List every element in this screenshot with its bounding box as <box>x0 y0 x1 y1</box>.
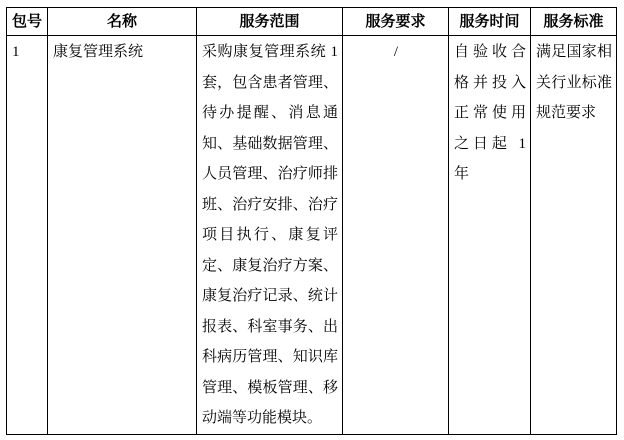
table-header-row: 包号 名称 服务范围 服务要求 服务时间 服务标准 <box>7 8 617 36</box>
cell-service-requirement: / <box>343 36 449 435</box>
cell-service-time: 自验收合格并投入正常使用之日起 1 年 <box>449 36 531 435</box>
service-table: 包号 名称 服务范围 服务要求 服务时间 服务标准 1 康复管理系统 采购康复管… <box>6 7 617 435</box>
header-name: 名称 <box>48 8 197 36</box>
cell-name: 康复管理系统 <box>48 36 197 435</box>
cell-package-no: 1 <box>7 36 48 435</box>
cell-service-standard: 满足国家相关行业标准规范要求 <box>531 36 617 435</box>
header-package-no: 包号 <box>7 8 48 36</box>
table-row: 1 康复管理系统 采购康复管理系统 1 套，包含患者管理、待办提醒、消息通知、基… <box>7 36 617 435</box>
cell-service-scope: 采购康复管理系统 1 套，包含患者管理、待办提醒、消息通知、基础数据管理、人员管… <box>197 36 343 435</box>
document-page: 包号 名称 服务范围 服务要求 服务时间 服务标准 1 康复管理系统 采购康复管… <box>0 0 624 440</box>
header-service-requirement: 服务要求 <box>343 8 449 36</box>
header-service-time: 服务时间 <box>449 8 531 36</box>
header-service-standard: 服务标准 <box>531 8 617 36</box>
header-service-scope: 服务范围 <box>197 8 343 36</box>
